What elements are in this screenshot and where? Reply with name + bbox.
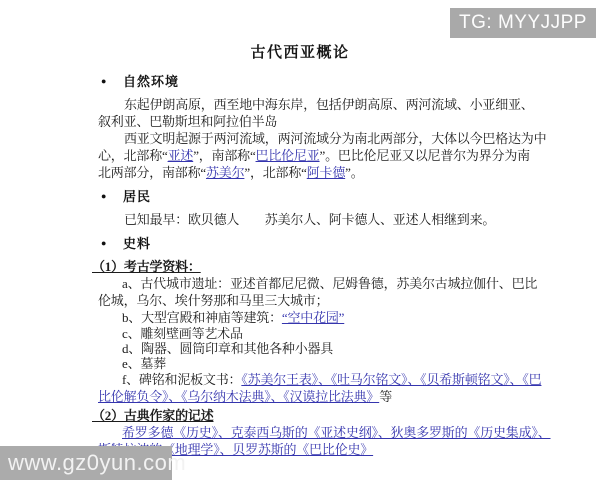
item-f-line1: f、碑铭和泥板文书：《苏美尔王表》、《吐马尔铭文》、《贝希斯顿铭文》、《巴: [98, 371, 568, 388]
subheading-classical-authors: （2）古典作家的记述: [92, 407, 568, 424]
link-akkad[interactable]: 阿卡德: [307, 165, 345, 180]
text-run: 心，北部称“: [98, 148, 168, 163]
text-run: 等: [379, 389, 392, 404]
document-page: TG: MYYJJPP 古代西亚概论 ● 自然环境 东起伊朗高原，西至地中海东岸…: [0, 0, 600, 480]
watermark-top-right: TG: MYYJJPP: [450, 8, 596, 38]
text-run: ”，北部称“: [244, 165, 306, 180]
watermark-bottom-left-text: www.gz0yun.com: [8, 450, 186, 476]
text-run: 北两部分，南部称“: [98, 165, 206, 180]
link-babylonia[interactable]: 巴比伦尼亚: [256, 148, 320, 163]
item-c: c、雕刻壁画等艺术品: [98, 326, 568, 341]
link-classical-works-line1[interactable]: 希罗多德《历史》、克泰西乌斯的《亚述史纲》、狄奥多罗斯的《历史集成》、: [122, 425, 551, 440]
bullet-icon: ●: [98, 235, 123, 252]
watermark-top-right-text: TG: MYYJJPP: [459, 12, 587, 34]
link-sumer[interactable]: 苏美尔: [206, 165, 244, 180]
text-run: f、碑铭和泥板文书：: [122, 372, 241, 387]
paragraph-civilization-line3: 北两部分，南部称“苏美尔”，北部称“阿卡德”。: [98, 164, 568, 181]
subheading-archaeological-sources: （1）考古学资料：: [92, 258, 568, 275]
link-hanging-gardens[interactable]: “空中花园”: [282, 310, 344, 325]
link-assyria[interactable]: 亚述: [168, 148, 194, 163]
item-b: b、大型宫殿和神庙等建筑：“空中花园”: [98, 309, 568, 326]
item-d: d、陶器、圆筒印章和其他各种小器具: [98, 341, 568, 356]
paragraph-residents: 已知最早：欧贝德人 苏美尔人、阿卡德人、亚述人相继到来。: [98, 211, 568, 228]
classical-works-line1: 希罗多德《历史》、克泰西乌斯的《亚述史纲》、狄奥多罗斯的《历史集成》、: [98, 424, 568, 441]
link-inscription-titles-line2[interactable]: 比伦解负令》、《乌尔纳木法典》、《汉谟拉比法典》: [98, 389, 379, 404]
item-f-line2: 比伦解负令》、《乌尔纳木法典》、《汉谟拉比法典》等: [98, 388, 568, 405]
bullet-icon: ●: [98, 73, 123, 90]
section-heading-sources: ● 史料: [98, 235, 568, 252]
text-run: b、大型宫殿和神庙等建筑：: [122, 310, 282, 325]
section-heading-label: 史料: [123, 235, 151, 252]
section-heading-label: 自然环境: [123, 73, 179, 90]
item-a-line1: a、古代城市遗址：亚述首都尼尼微、尼姆鲁德，苏美尔古城拉伽什、巴比: [98, 275, 568, 292]
paragraph-geography-line2: 叙利亚、巴勒斯坦和阿拉伯半岛: [98, 113, 568, 130]
text-run: ”。: [345, 165, 363, 180]
section-heading-natural-environment: ● 自然环境: [98, 73, 568, 90]
text-run: ”，南部称“: [193, 148, 255, 163]
item-e: e、墓葬: [98, 356, 568, 371]
text-run: ”。巴比伦尼亚又以尼普尔为界分为南: [320, 148, 530, 163]
section-heading-residents: ● 居民: [98, 188, 568, 205]
page-title: 古代西亚概论: [0, 41, 600, 62]
document-body: ● 自然环境 东起伊朗高原，西至地中海东岸，包括伊朗高原、两河流域、小亚细亚、 …: [98, 73, 568, 458]
paragraph-geography-line1: 东起伊朗高原，西至地中海东岸，包括伊朗高原、两河流域、小亚细亚、: [98, 96, 568, 113]
watermark-bottom-left: www.gz0yun.com: [0, 446, 172, 480]
section-heading-label: 居民: [123, 188, 151, 205]
link-inscription-titles-line1[interactable]: 《苏美尔王表》、《吐马尔铭文》、《贝希斯顿铭文》、《巴: [241, 372, 541, 387]
paragraph-civilization-line1: 西亚文明起源于两河流域，两河流域分为南北两部分，大体以今巴格达为中: [98, 130, 568, 147]
bullet-icon: ●: [98, 188, 123, 205]
paragraph-civilization-line2: 心，北部称“亚述”，南部称“巴比伦尼亚”。巴比伦尼亚又以尼普尔为界分为南: [98, 147, 568, 164]
item-a-line2: 伦城，乌尔、埃什努那和马里三大城市；: [98, 292, 568, 309]
